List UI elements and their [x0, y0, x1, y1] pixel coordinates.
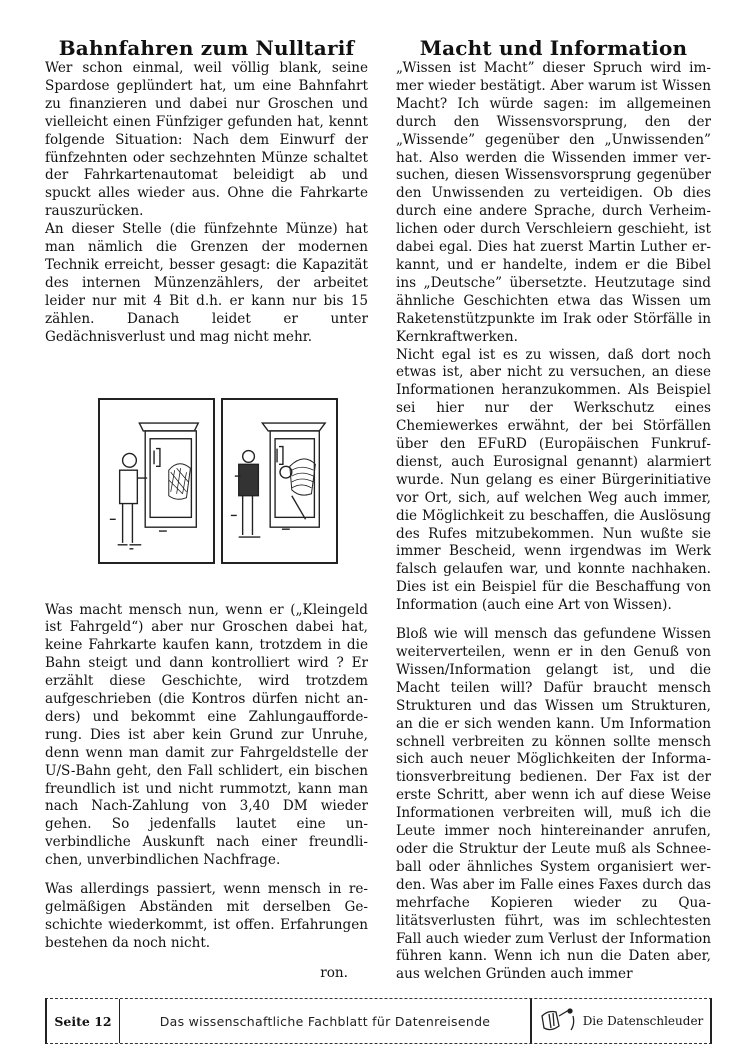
- author-signature: ron.: [45, 965, 368, 983]
- cartoon-panel-1: [98, 398, 215, 564]
- paragraph: Nicht egal ist es zu wissen, daß dort no…: [396, 347, 711, 616]
- cartoon-illustration: [98, 398, 338, 564]
- paragraph: Was allerdings passiert, wenn mensch in …: [45, 881, 368, 953]
- datenschleuder-logo-icon: [539, 1006, 579, 1036]
- cartoon-man-at-machine-icon: [100, 400, 213, 562]
- article-title: Bahnfahren zum Nulltarif: [45, 36, 368, 60]
- publication-brand: Die Datenschleuder: [532, 999, 710, 1043]
- cartoon-machine-reaction-icon: [223, 400, 336, 562]
- paragraph: An dieser Stelle (die fünfzehnte Münze) …: [45, 221, 368, 346]
- page-footer: Seite 12 Das wissenschaftliche Fachblatt…: [45, 998, 712, 1044]
- brand-name: Die Datenschleuder: [583, 1014, 704, 1028]
- paragraph: Was macht mensch nun, wenn er („Klein­ge…: [45, 602, 368, 871]
- paragraph: Wer schon einmal, weil völlig blank, sei…: [45, 60, 368, 221]
- paragraph: Bloß wie will mensch das gefundene Wis­s…: [396, 626, 711, 984]
- page-number: Seite 12: [47, 999, 120, 1043]
- right-article: Macht und Information „Wissen ist Macht”…: [396, 36, 711, 984]
- article-title: Macht und Information: [396, 36, 711, 60]
- cartoon-panel-2: [221, 398, 338, 564]
- publication-tagline: Das wissenschaftliche Fachblatt für Date…: [120, 999, 532, 1043]
- paragraph: „Wissen ist Macht” dieser Spruch wird im…: [396, 60, 711, 347]
